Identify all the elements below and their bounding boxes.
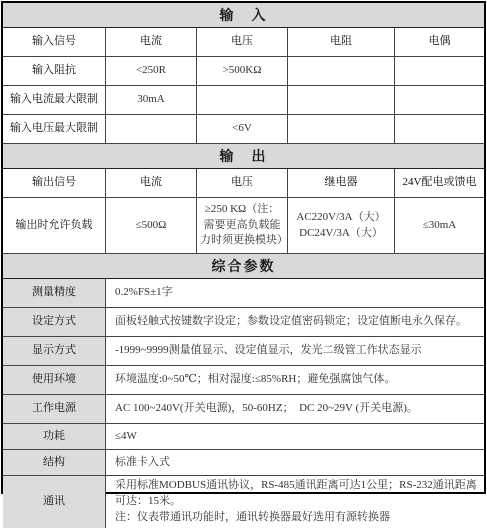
cell-value: >500KΩ bbox=[197, 57, 288, 85]
cell-value: 环境温度:0~50℃；相对湿度:≤85%RH；避免强腐蚀气体。 bbox=[106, 366, 484, 394]
row-label: 输入电压最大限制 bbox=[3, 115, 106, 143]
table-row-output-load: 输出时允许负载 ≤500Ω ≥250 KΩ（注：需要更高负载能力时须更换模块） … bbox=[3, 198, 484, 254]
column-header-current: 电流 bbox=[106, 28, 197, 56]
column-header-voltage: 电压 bbox=[197, 28, 288, 56]
column-header-relay: 继电器 bbox=[288, 169, 395, 197]
row-label: 结构 bbox=[3, 450, 106, 475]
table-row-power-supply: 工作电源 AC 100~240V(开关电源)，50-60HZ； DC 20~29… bbox=[3, 395, 484, 424]
row-label: 使用环境 bbox=[3, 366, 106, 394]
input-header-row: 输入信号 电流 电压 电阻 电偶 bbox=[3, 28, 484, 57]
cell-value bbox=[288, 86, 395, 114]
relay-line-1: AC220V/3A（大） bbox=[296, 210, 385, 226]
cell-value: -1999~9999测量值显示、设定值显示，发光二级管工作状态显示 bbox=[106, 337, 484, 365]
row-label: 输出时允许负载 bbox=[3, 198, 106, 253]
cell-value-communication: 采用标准MODBUS通讯协议，RS-485通讯距离可达1公里；RS-232通讯距… bbox=[106, 476, 484, 495]
table-row-accuracy: 测量精度 0.2%FS±1字 bbox=[3, 279, 484, 308]
table-row-current-limit: 输入电流最大限制 30mA bbox=[3, 86, 484, 115]
row-label: 显示方式 bbox=[3, 337, 106, 365]
cell-value bbox=[288, 57, 395, 85]
table-row-environment: 使用环境 环境温度:0~50℃；相对湿度:≤85%RH；避免强腐蚀气体。 bbox=[3, 366, 484, 395]
cell-value bbox=[395, 57, 484, 85]
row-label: 功耗 bbox=[3, 424, 106, 449]
table-row-setting: 设定方式 面板轻触式按键数字设定；参数设定值密码锁定；设定值断电永久保存。 bbox=[3, 308, 484, 337]
comm-line-1: 采用标准MODBUS通讯协议，RS-485通讯距离可达1公里；RS-232通讯距… bbox=[115, 478, 478, 495]
table-row-impedance: 输入阻抗 <250R >500KΩ bbox=[3, 57, 484, 86]
table-row-structure: 结构 标准卡入式 bbox=[3, 450, 484, 476]
table-row-consumption: 功耗 ≤4W bbox=[3, 424, 484, 450]
table-row-display: 显示方式 -1999~9999测量值显示、设定值显示，发光二级管工作状态显示 bbox=[3, 337, 484, 366]
cell-value: ≤30mA bbox=[395, 198, 484, 253]
cell-value: AC 100~240V(开关电源)，50-60HZ； DC 20~29V (开关… bbox=[106, 395, 484, 423]
row-label: 设定方式 bbox=[3, 308, 106, 336]
input-section-title: 输 入 bbox=[3, 3, 484, 28]
cell-value bbox=[288, 115, 395, 143]
row-label: 工作电源 bbox=[3, 395, 106, 423]
cell-value: <250R bbox=[106, 57, 197, 85]
cell-value-relay: AC220V/3A（大） DC24V/3A（大） bbox=[288, 198, 395, 253]
cell-value: 标准卡入式 bbox=[106, 450, 484, 475]
row-label: 输入电流最大限制 bbox=[3, 86, 106, 114]
column-header-resistance: 电阻 bbox=[288, 28, 395, 56]
cell-value: 0.2%FS±1字 bbox=[106, 279, 484, 307]
spec-table: 输 入 输入信号 电流 电压 电阻 电偶 输入阻抗 <250R >500KΩ 输… bbox=[1, 1, 486, 494]
cell-value: ≤500Ω bbox=[106, 198, 197, 253]
cell-value bbox=[106, 115, 197, 143]
cell-value: <6V bbox=[197, 115, 288, 143]
output-header-row: 输出信号 电流 电压 继电器 24V配电或馈电 bbox=[3, 169, 484, 198]
cell-value bbox=[197, 86, 288, 114]
output-section-title: 输 出 bbox=[3, 144, 484, 169]
row-label: 通讯 bbox=[3, 476, 106, 495]
column-header-voltage: 电压 bbox=[197, 169, 288, 197]
column-header-current: 电流 bbox=[106, 169, 197, 197]
cell-value: ≥250 KΩ（注：需要更高负载能力时须更换模块） bbox=[197, 198, 288, 253]
column-header-24v-feed: 24V配电或馈电 bbox=[395, 169, 484, 197]
column-header-input-signal: 输入信号 bbox=[3, 28, 106, 56]
column-header-output-signal: 输出信号 bbox=[3, 169, 106, 197]
cell-value bbox=[395, 86, 484, 114]
cell-value: ≤4W bbox=[106, 424, 484, 449]
table-row-voltage-limit: 输入电压最大限制 <6V bbox=[3, 115, 484, 144]
row-label: 输入阻抗 bbox=[3, 57, 106, 85]
cell-value: 面板轻触式按键数字设定；参数设定值密码锁定；设定值断电永久保存。 bbox=[106, 308, 484, 336]
relay-line-2: DC24V/3A（大） bbox=[299, 226, 383, 242]
cell-value bbox=[395, 115, 484, 143]
cell-value: 30mA bbox=[106, 86, 197, 114]
column-header-thermocouple: 电偶 bbox=[395, 28, 484, 56]
row-label: 测量精度 bbox=[3, 279, 106, 307]
table-row-communication: 通讯 采用标准MODBUS通讯协议，RS-485通讯距离可达1公里；RS-232… bbox=[3, 476, 484, 495]
general-section-title: 综合参数 bbox=[3, 254, 484, 279]
